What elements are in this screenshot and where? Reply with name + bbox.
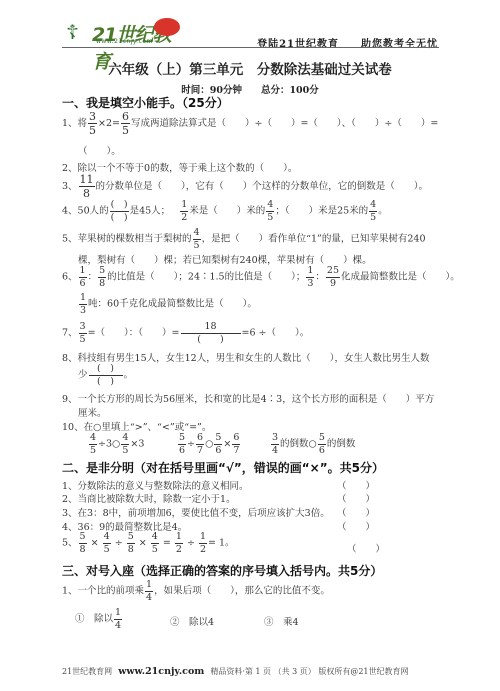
denominator: 6: [318, 445, 326, 456]
denominator: 5: [121, 124, 130, 136]
text: 6、: [62, 272, 78, 283]
compare-expr-3: 34的倒数○56的倒数: [270, 433, 355, 455]
text: 。: [378, 206, 388, 217]
denominator: 5: [369, 212, 377, 223]
numerator: ( ): [89, 364, 123, 376]
numerator: 1: [175, 532, 183, 544]
text: 写成两道除法算式是（ ）÷（ ）=（ ）、（ ）÷（ ）=: [131, 118, 438, 129]
answer-paren-2: （ ）: [337, 491, 375, 505]
fraction: 56: [318, 433, 326, 455]
question-1-9: 9、一个长方形的周长为56厘米，长和宽的比是4∶3，这个长方形的面积是（ ）平方: [62, 391, 434, 405]
denominator: 7: [196, 445, 204, 456]
fraction: 56: [178, 433, 186, 455]
fraction: 18( ): [181, 322, 241, 344]
text: 。: [124, 370, 134, 381]
text: ，是把（ ）看作单位“1”的量，已知苹果树有240: [202, 234, 426, 245]
numerator: 1: [199, 532, 207, 544]
denominator: 4: [145, 592, 153, 603]
question-1-4: 4、50人的( )( )是45人； 12米是（ ）米的45；（ ）米是25米的4…: [62, 200, 388, 222]
fraction: 35: [88, 111, 97, 136]
answer-paren-4: （ ）: [337, 519, 375, 533]
fraction: 12: [175, 532, 183, 554]
header-divider: [62, 47, 439, 48]
judge-item-3: 3、在3：8中，前项增加6，要使比值不变，后项应该扩大3倍。: [62, 505, 330, 519]
question-1-3: 3、118的分数单位是（ ），它有（ ）个这样的分数单位，它的倒数是（ ）。: [62, 174, 428, 199]
logo-url: www.21cnjy.com: [96, 38, 153, 45]
fraction: 67: [196, 433, 204, 455]
denominator: ( ): [181, 334, 241, 345]
answer-paren-3: （ ）: [337, 505, 375, 519]
fraction: 13: [306, 266, 314, 288]
fraction: 259: [326, 266, 340, 288]
text: ×: [139, 538, 147, 549]
page-footer: 21世纪教育网www.21cnjy.com精品资料·第 1 页 （共 3 页） …: [62, 666, 409, 677]
judge-item-5: 5、58 × 45 ÷ 58 × 45 = 12 ÷ 12= 1。: [62, 532, 235, 554]
denominator: 2: [180, 212, 188, 223]
denominator: 4: [114, 620, 122, 631]
text: 5、苹果树的棵数相当于梨树的: [62, 234, 192, 245]
numerator: 5: [178, 433, 186, 445]
answer-paren-1: （ ）: [337, 478, 375, 492]
denominator: ( ): [89, 376, 123, 387]
numerator: 6: [196, 433, 204, 445]
option-3[interactable]: ③ 乘4: [264, 614, 299, 628]
text: 1、一个比的前项乘: [62, 586, 144, 597]
text: ；（ ）米是25米的: [275, 206, 368, 217]
footer-url[interactable]: www.21cnjy.com: [118, 666, 204, 677]
numerator: 4: [369, 200, 377, 212]
fraction: 35: [79, 322, 87, 344]
numerator: 5: [318, 433, 326, 445]
text: 少: [78, 370, 88, 381]
text: ×: [91, 538, 99, 549]
denominator: 5: [266, 212, 274, 223]
fraction: 14: [145, 580, 153, 602]
fraction: 12: [180, 200, 188, 222]
fraction: 56: [214, 433, 222, 455]
fraction: 13: [79, 293, 87, 315]
question-1-2: 2、除以一个不等于0的数，等于乘上这个数的（ ）。: [62, 160, 297, 174]
text: 的倒数: [327, 439, 356, 450]
text: ○: [205, 439, 213, 450]
judge-item-1: 1、分数除法的意义与整数除法的意义相同。: [62, 478, 249, 492]
numerator: 25: [326, 266, 340, 278]
logo: ☦ 21世纪教育 www.21cnjy.com: [66, 18, 178, 46]
fraction: 45: [121, 433, 129, 455]
question-1-8: 8、科技组有男生15人，女生12人，男生和女生的人数比（ ），女生人数比男生人数: [62, 350, 429, 364]
text: ×: [223, 439, 231, 450]
text: ÷: [115, 538, 123, 549]
text: 1、将: [62, 118, 87, 129]
denominator: 5: [193, 240, 201, 251]
numerator: 4: [121, 433, 129, 445]
text: 3、: [62, 181, 78, 192]
numerator: 4: [89, 433, 97, 445]
fraction: 45: [103, 532, 111, 554]
numerator: 6: [232, 433, 240, 445]
numerator: 5: [79, 532, 87, 544]
fraction: 45: [89, 433, 97, 455]
text: ÷3○: [98, 439, 120, 450]
fraction: 16: [79, 266, 87, 288]
section-1-heading: 一、我是填空小能手。（25分）: [62, 94, 229, 111]
text: 7、: [62, 328, 78, 339]
denominator: 3: [306, 278, 314, 289]
denominator: 9: [326, 278, 340, 289]
fraction: 12: [199, 532, 207, 554]
footer-site-name: 21世纪教育网: [62, 667, 112, 676]
denominator: 2: [175, 544, 183, 555]
denominator: 5: [103, 544, 111, 555]
text: ：: [315, 272, 325, 283]
numerator: 11: [79, 174, 95, 187]
compare-expr-1: 45÷3○45×3: [88, 433, 144, 455]
text: =: [163, 538, 171, 549]
text: 的分数单位是（ ），它有（ ）个这样的分数单位，它的倒数是（ ）。: [96, 181, 429, 192]
denominator: 6: [178, 445, 186, 456]
question-1-6-cont: 13吨：60千克化成最简整数比是（ ）。: [78, 293, 257, 315]
page-title: 六年级（上）第三单元 分数除法基础过关试卷: [0, 58, 500, 78]
text: ÷: [187, 439, 195, 450]
text: 的比值是（ ）；24∶1.5的比值是（ ）；: [107, 272, 305, 283]
question-1-9-cont: 厘米。: [78, 405, 107, 419]
runner-icon: ☦: [66, 20, 79, 44]
question-1-7: 7、35=（ ）：（ ）=18( )=6 ÷（ ）。: [62, 322, 309, 344]
text: 米是（ ）米的: [189, 206, 265, 217]
fraction: 45: [369, 200, 377, 222]
question-1-1: 1、将35×2=65写成两道除法算式是（ ）÷（ ）=（ ）、（ ）÷（ ）=: [62, 111, 438, 136]
denominator: 4: [271, 445, 279, 456]
numerator: 3: [79, 322, 87, 334]
fraction-blank: ( )( ): [89, 364, 123, 386]
numerator: 1: [114, 608, 122, 620]
option-label: ① 除以: [75, 614, 113, 625]
fraction-blank: ( )( ): [110, 200, 129, 222]
fraction: 58: [79, 532, 87, 554]
text: 吨：60千克化成最简整数比是（ ）。: [88, 299, 257, 310]
denominator: ( ): [110, 212, 129, 223]
question-1-5: 5、苹果树的棵数相当于梨树的45，是把（ ）看作单位“1”的量，已知苹果树有24…: [62, 228, 426, 250]
numerator: 1: [79, 293, 87, 305]
text: =6 ÷（ ）。: [242, 328, 310, 339]
numerator: 18: [181, 322, 241, 334]
text: 5、: [62, 538, 78, 549]
denominator: 3: [79, 305, 87, 316]
denominator: 6: [79, 278, 87, 289]
numerator: 4: [151, 532, 159, 544]
compare-expr-2: 56÷67○56×67: [177, 433, 241, 455]
numerator: 1: [145, 580, 153, 592]
denominator: 6: [214, 445, 222, 456]
text: =（ ）：（ ）=: [88, 328, 180, 339]
numerator: 6: [121, 111, 130, 124]
judge-item-2: 2、当商比被除数大时，除数一定小于1。: [62, 491, 236, 505]
text: = 1。: [208, 538, 235, 549]
footer-page-info: 精品资料·第 1 页 （共 3 页） 版权所有@21世纪教育网: [210, 667, 408, 676]
denominator: 7: [232, 445, 240, 456]
numerator: 1: [306, 266, 314, 278]
denominator: 8: [127, 544, 135, 555]
question-1-10: 10、在○里填上“>”、“<”或“=”。: [62, 419, 211, 433]
text: ，如果后项（ ），那么它的比值不变。: [154, 586, 330, 597]
option-2[interactable]: ② 除以4: [170, 614, 214, 628]
question-1-6: 6、16：58的比值是（ ）；24∶1.5的比值是（ ）；13：259化成最简整…: [62, 266, 460, 288]
fraction: 67: [232, 433, 240, 455]
numerator: 1: [79, 266, 87, 278]
question-1-5-cont: 棵，梨树有（ ）棵；若已知梨树有240棵，苹果树有（ ）棵。: [78, 252, 372, 266]
fraction: 45: [266, 200, 274, 222]
logo-bubble-icon: [154, 18, 180, 36]
denominator: 5: [89, 445, 97, 456]
denominator: 5: [88, 124, 97, 136]
numerator: 5: [214, 433, 222, 445]
text: ×2=: [98, 118, 120, 129]
numerator: 1: [180, 200, 188, 212]
text: ÷: [187, 538, 195, 549]
fraction: 45: [193, 228, 201, 250]
numerator: 3: [88, 111, 97, 124]
text: 化成最简整数比是（ ）。: [341, 272, 460, 283]
text: ：: [88, 272, 98, 283]
numerator: ( ): [110, 200, 129, 212]
choice-question-1: 1、一个比的前项乘14，如果后项（ ），那么它的比值不变。: [62, 580, 330, 602]
question-1-1-cont: （ ）。: [78, 143, 121, 157]
fraction: 58: [127, 532, 135, 554]
numerator: 4: [266, 200, 274, 212]
question-1-8-cont: 少( )( )。: [78, 364, 133, 386]
denominator: 8: [79, 187, 95, 199]
denominator: 5: [121, 445, 129, 456]
numerator: 4: [103, 532, 111, 544]
numerator: 4: [193, 228, 201, 240]
fraction: 65: [121, 111, 130, 136]
fraction: 45: [151, 532, 159, 554]
text: 的倒数○: [280, 439, 317, 450]
denominator: 2: [199, 544, 207, 555]
denominator: 5: [151, 544, 159, 555]
text: 4、50人的: [62, 206, 109, 217]
fraction: 14: [114, 608, 122, 630]
denominator: 8: [98, 278, 106, 289]
section-3-heading: 三、对号入座（选择正确的答案的序号填入括号内。共5分）: [62, 562, 382, 579]
numerator: 5: [98, 266, 106, 278]
text: ×3: [130, 439, 144, 450]
text: 是45人；: [130, 206, 171, 217]
answer-paren-5: （ ）: [347, 541, 385, 555]
denominator: 5: [79, 334, 87, 345]
numerator: 3: [271, 433, 279, 445]
section-2-heading: 二、是非分明（对在括号里画“√”，错误的画“×”。共5分）: [62, 459, 384, 476]
denominator: 8: [79, 544, 87, 555]
option-1[interactable]: ① 除以14: [75, 608, 123, 630]
fraction: 34: [271, 433, 279, 455]
numerator: 5: [127, 532, 135, 544]
fraction: 118: [79, 174, 95, 199]
fraction: 58: [98, 266, 106, 288]
